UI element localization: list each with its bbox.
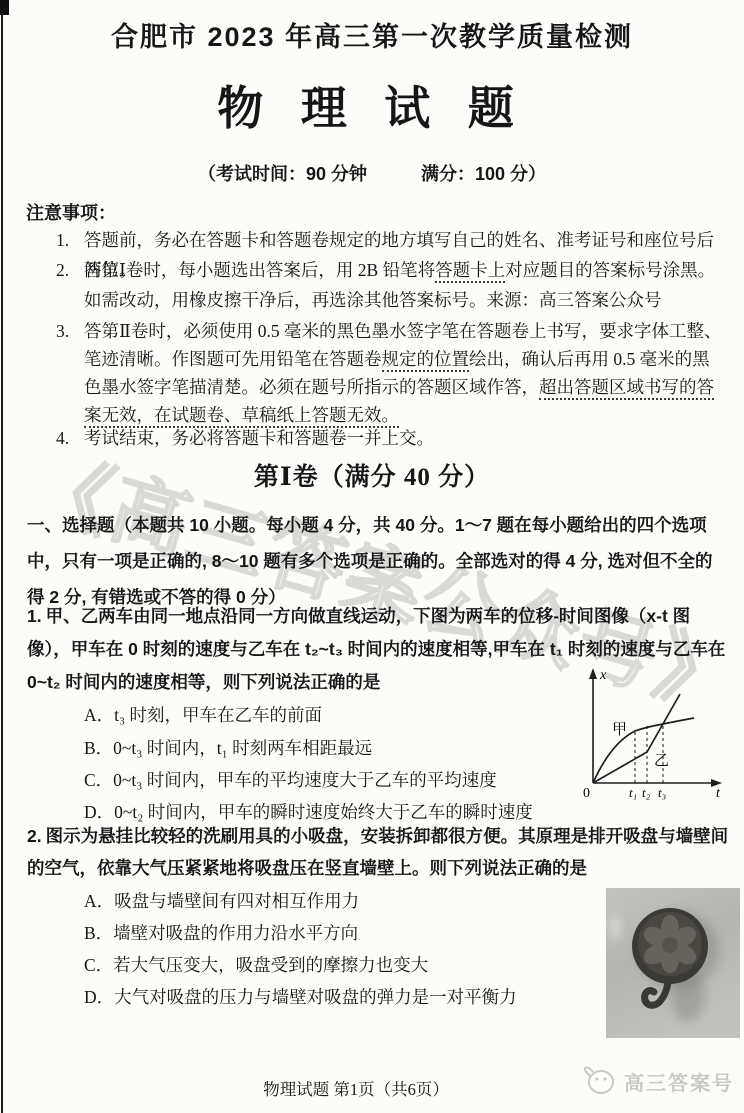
notice-item-number: 2.	[56, 255, 69, 285]
y-axis-arrow-icon	[589, 668, 597, 679]
notice-item-number: 4.	[56, 423, 69, 453]
subject-title: 物 理 试 题	[0, 72, 744, 138]
notice-item-number: 3.	[56, 317, 69, 345]
question-2-option-d: D．大气对吸盘的压力与墙壁对吸盘的弹力是一对平衡力	[84, 985, 604, 1009]
exam-duration-score-info: （考试时间：90 分钟 满分：100 分）	[0, 160, 744, 186]
notice-item-text: 答第Ⅰ卷时，每小题选出答案后，用 2B 铅笔将	[84, 260, 435, 280]
notice-item-4: 4. 考试结束，务必将答题卡和答题卷一并上交。	[26, 423, 726, 453]
multiple-choice-instructions: 一、选择题（本题共 10 小题。每小题 4 分，共 40 分。1～7 题在每小题…	[27, 507, 721, 615]
question-2-option-b: B．墙壁对吸盘的作用力沿水平方向	[84, 921, 604, 945]
x-axis-label: t	[716, 786, 721, 801]
question-1-option-a: A．t₃ 时刻，甲车在乙车的前面	[84, 703, 604, 727]
question-2-option-a: A．吸盘与墙壁间有四对相互作用力	[84, 889, 604, 913]
tick-t2: t₂	[642, 785, 651, 800]
publisher-watermark: 高三答案号	[582, 1059, 742, 1103]
question-2-number: 2.	[27, 826, 42, 846]
notice-item-text: 考试结束，务必将答题卡和答题卷一并上交。	[84, 428, 434, 448]
tick-t3: t₃	[658, 785, 666, 800]
question-2-stem: 2.图示为悬挂比较轻的洗刷用具的小吸盘，安装拆卸都很方便。其原理是排开吸盘与墙壁…	[27, 820, 729, 884]
footer-doc-name: 物理试题	[263, 1080, 329, 1099]
xt-graph-figure: x t 0 t₁ t₂ t₃ 甲 乙	[570, 664, 742, 804]
logo-text: 高三答案号	[624, 1067, 734, 1096]
scan-corner-mark	[0, 0, 9, 15]
y-axis-label: x	[599, 668, 607, 683]
footer-page-number: 第1页（共6页）	[333, 1080, 449, 1099]
origin-label: 0	[583, 786, 590, 801]
exam-paper-page: 《高三答案公众号》 合肥市 2023 年高三第一次教学质量检测 物 理 试 题 …	[0, 0, 744, 1113]
curve-jia	[593, 718, 694, 783]
question-2-option-c: C．若大气压变大，吸盘受到的摩擦力也变大	[84, 953, 604, 977]
notice-item-number: 1.	[56, 225, 69, 255]
notice-item-text-emphasized: 规定的位置	[382, 349, 470, 372]
logo-icon	[582, 1064, 618, 1098]
question-1-number: 1.	[27, 606, 42, 626]
curve-jia-label: 甲	[612, 721, 627, 738]
suction-cup-photo	[606, 888, 740, 1038]
question-1-option-b: B．0~t₃ 时间内，t₁ 时刻两车相距最远	[84, 736, 604, 760]
curve-yi-label: 乙	[654, 753, 669, 769]
notice-item-text-emphasized: 答题卡上	[435, 260, 505, 283]
notice-item-2: 2. 答第Ⅰ卷时，每小题选出答案后，用 2B 铅笔将答题卡上对应题目的答案标号涂…	[26, 255, 726, 315]
notice-heading: 注意事项：	[26, 199, 116, 225]
question-2-text: 图示为悬挂比较轻的洗刷用具的小吸盘，安装拆卸都很方便。其原理是排开吸盘与墙壁间的…	[27, 826, 728, 878]
question-1-option-c: C．0~t₃ 时间内，甲车的平均速度大于乙车的平均速度	[84, 768, 604, 792]
notice-item-3: 3. 答第Ⅱ卷时，必须使用 0.5 毫米的黑色墨水签字笔在答题卷上书写，要求字体…	[26, 317, 726, 429]
document-title: 合肥市 2023 年高三第一次教学质量检测	[0, 15, 744, 54]
tick-t1: t₁	[629, 785, 637, 800]
curve-yi	[593, 694, 680, 783]
section-1-title: 第Ⅰ卷（满分 40 分）	[0, 457, 744, 493]
